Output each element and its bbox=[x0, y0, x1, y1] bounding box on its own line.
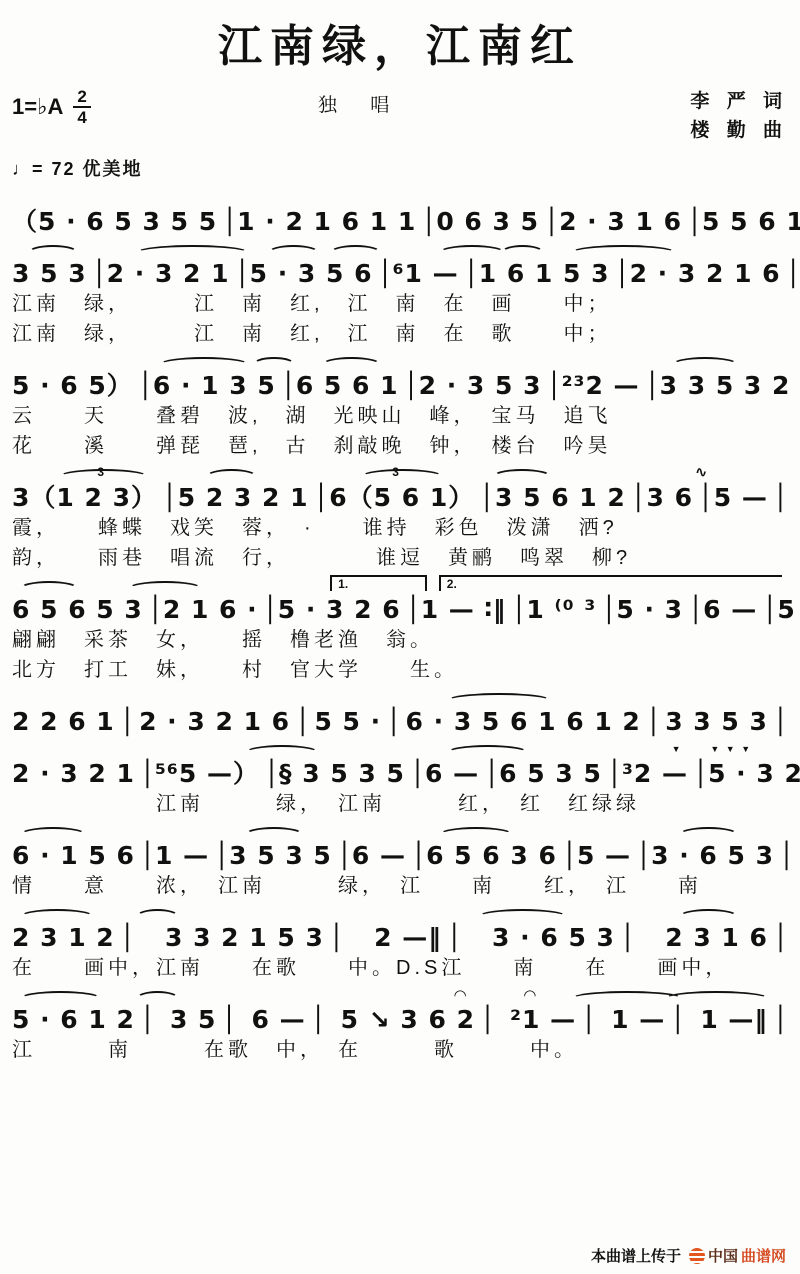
lyric-line: 江南 绿， 江 南 红, 江 南 在 画 中； bbox=[12, 291, 788, 318]
measure: 5 — bbox=[577, 842, 631, 870]
slur-arc bbox=[206, 469, 257, 484]
slur-arc bbox=[501, 245, 544, 260]
barline: │ bbox=[665, 1006, 685, 1034]
key-signature: 1=♭A 2 4 bbox=[12, 88, 91, 126]
barline: │ bbox=[602, 760, 622, 788]
slur-arc bbox=[439, 245, 505, 260]
upload-note: 本曲谱上传于 bbox=[591, 1245, 681, 1266]
measure-unit: 6 —│ bbox=[352, 842, 426, 870]
volta-label: 1. bbox=[338, 577, 348, 591]
measure: § 3 5 3 5 bbox=[279, 760, 405, 788]
measure: 5 · 3 2 1 bbox=[708, 760, 800, 788]
measure: 1 — bbox=[155, 842, 209, 870]
barline: │ bbox=[216, 1006, 236, 1034]
measure-unit: 3 3 2 1 5 3│ bbox=[165, 924, 344, 952]
measure-unit: 5 5 6 1│ bbox=[702, 208, 800, 236]
system-7: ▼▼ ▼ ▼2 · 3 2 1│⁵⁶5 —）│§ 3 5 3 5│6 —│6 5… bbox=[12, 743, 788, 818]
barline: │ bbox=[626, 484, 646, 512]
measure-unit: 5 · 3 2 6│ bbox=[278, 596, 421, 624]
barline: │ bbox=[135, 1006, 155, 1034]
accent-mark: ▼ bbox=[672, 744, 683, 754]
score: （5 · 6 5 3 5 5│1 · 2 1 6 1 1│0 6 3 5│2 ·… bbox=[12, 191, 788, 1064]
barline: │ bbox=[640, 372, 660, 400]
volta-bracket: 2. bbox=[439, 575, 782, 591]
barline: │ bbox=[381, 708, 401, 736]
accent-mark: ▼ ▼ ▼ bbox=[710, 744, 752, 754]
measure: 5 · 6 1 2 bbox=[12, 1006, 135, 1034]
measure: 6 5 6 5 3 bbox=[12, 596, 143, 624]
measure: 6 — bbox=[252, 1006, 306, 1034]
measure: 6 · 1 3 5 bbox=[153, 372, 276, 400]
barline: │ bbox=[373, 260, 393, 288]
measure: 6 · 3 5 6 1 6 1 2 bbox=[406, 708, 641, 736]
barline: │ bbox=[682, 208, 702, 236]
barline: │ bbox=[479, 760, 499, 788]
measure-unit: 3 5 6 1 2│ bbox=[495, 484, 646, 512]
song-title: 江南绿，江南红 bbox=[12, 10, 788, 74]
barline: │ bbox=[693, 484, 713, 512]
measure-unit: ⁶1 —│ bbox=[393, 260, 479, 288]
measure-unit: 2 2 6 1│ bbox=[12, 708, 135, 736]
measure: 1 6 1 5 3 bbox=[479, 260, 610, 288]
barline: │ bbox=[259, 760, 279, 788]
lyric-line: 在 画中，江南 在歌 中。D.S江 南 在 画中， bbox=[12, 955, 788, 982]
lyric-line: 情 意 浓， 江南 绿， 江 南 红， 江 南 bbox=[12, 873, 788, 900]
lyric-line: 江南 绿， 江 南 红, 江 南 在 歌 中； bbox=[12, 321, 788, 348]
measure-unit: 6 5 3 5│ bbox=[499, 760, 622, 788]
ornament-row bbox=[12, 243, 788, 260]
barline: │ bbox=[557, 842, 577, 870]
measure: 2 · 3 1 6 bbox=[559, 208, 682, 236]
slur-arc bbox=[361, 469, 443, 484]
volta-bracket: 1. bbox=[330, 575, 427, 591]
measure-unit: （5 · 6 5 3 5 5│ bbox=[12, 208, 237, 236]
measure: ²1 — bbox=[510, 1006, 576, 1034]
measure: 2 3 1 2 bbox=[12, 924, 115, 952]
barline: │ bbox=[768, 484, 788, 512]
system-5: 1.2.6 5 6 5 3│2 1 6 ·│5 · 3 2 6│1 — ∶‖│1… bbox=[12, 579, 788, 684]
barline: │ bbox=[475, 1006, 495, 1034]
ornament-row: 33∿ bbox=[12, 467, 788, 484]
credits: 李 严 词 楼 勤 曲 bbox=[690, 88, 788, 145]
lyric-line: 霞， 蜂蝶 戏笑 蓉， · 谁持 彩色 泼潇 洒? bbox=[12, 515, 788, 542]
barline: │ bbox=[610, 260, 630, 288]
barline: │ bbox=[416, 208, 436, 236]
measure-unit: 6 —│ bbox=[703, 596, 777, 624]
slur-arc bbox=[28, 245, 79, 260]
measure: 5 · 6 5） bbox=[12, 372, 133, 400]
measure-unit: 2 1 6 ·│ bbox=[163, 596, 278, 624]
measure-unit: 2 3 1 2│ bbox=[12, 924, 135, 952]
fermata-mark: ◠ bbox=[524, 986, 538, 1004]
slur-arc bbox=[159, 357, 248, 372]
barline: │ bbox=[230, 260, 250, 288]
measure-unit: 2 · 3 1 6│ bbox=[559, 208, 702, 236]
measure-unit: 6 5 6 1│ bbox=[296, 372, 419, 400]
measure-unit: 6 · 3 5 6 1 6 1 2│ bbox=[406, 708, 661, 736]
ornament-row: 1.2. bbox=[12, 579, 788, 596]
slur-arc bbox=[478, 909, 567, 924]
measure-unit: ⁵⁶5 —）│ bbox=[155, 760, 279, 788]
time-numerator: 2 bbox=[73, 88, 90, 108]
barline: │ bbox=[768, 1006, 788, 1034]
measure: ⁵⁶5 —） bbox=[155, 760, 259, 788]
time-denominator: 4 bbox=[73, 108, 90, 126]
measure: 1 · 2 1 6 1 1 bbox=[237, 208, 416, 236]
lyric-line: 花 溪 弹琵 琶, 古 刹敲晚 钟， 楼台 吟昊 bbox=[12, 433, 788, 460]
measure: 3 3 5 3 bbox=[665, 708, 768, 736]
slur-arc bbox=[253, 357, 296, 372]
measure-unit: 6 · 1 3 5│ bbox=[153, 372, 296, 400]
measure: 5 5 6 1 bbox=[702, 208, 800, 236]
key-text: 1=♭A bbox=[12, 94, 63, 120]
lyric-line: 翩翩 采茶 女， 摇 橹老渔 翁。 bbox=[12, 627, 788, 654]
system-1: （5 · 6 5 3 5 5│1 · 2 1 6 1 1│0 6 3 5│2 ·… bbox=[12, 191, 788, 236]
barline: │ bbox=[768, 708, 788, 736]
qupu-site-logo: 中国 曲谱网 bbox=[689, 1245, 786, 1266]
barline: │ bbox=[406, 842, 426, 870]
slur-arc bbox=[679, 909, 737, 924]
measure: 2 1 6 · bbox=[163, 596, 258, 624]
barline: │ bbox=[309, 484, 329, 512]
barline: │ bbox=[258, 596, 278, 624]
measure-unit: 5 ↘ 3 6 2│ bbox=[341, 1006, 495, 1034]
volta-label: 2. bbox=[447, 577, 457, 591]
notes-line: 6 5 6 5 3│2 1 6 ·│5 · 3 2 6│1 — ∶‖│1 ⁽⁰ … bbox=[12, 596, 788, 624]
measure-unit: 3 6│ bbox=[647, 484, 714, 512]
measure: 1 — ∶‖ bbox=[421, 596, 507, 624]
measure: 6 · 1 5 6 bbox=[12, 842, 135, 870]
measure-unit: 1 — ∶‖│ bbox=[421, 596, 527, 624]
measure-unit: 3 5 3 5│ bbox=[229, 842, 352, 870]
barline: │ bbox=[774, 842, 794, 870]
barline: │ bbox=[459, 260, 479, 288]
slur-arc bbox=[679, 827, 737, 842]
measure-unit: 2 · 3 2 1 6│ bbox=[630, 260, 800, 288]
triplet-mark: 3 bbox=[392, 465, 401, 479]
measure: 3 3 2 1 5 3 bbox=[165, 924, 324, 952]
notes-line: 5 · 6 5）│6 · 1 3 5│6 5 6 1│2 · 3 5 3│²³2… bbox=[12, 372, 788, 400]
measure-unit: 5 5 ·│ bbox=[314, 708, 401, 736]
measure-unit: 3 5│ bbox=[170, 1006, 237, 1034]
barline: │ bbox=[324, 924, 344, 952]
slur-arc bbox=[245, 827, 303, 842]
performance-type: 独 唱 bbox=[318, 88, 403, 117]
barline: │ bbox=[401, 596, 421, 624]
measure-unit: 3（1 2 3）│ bbox=[12, 484, 177, 512]
lyric-line: 韵， 雨巷 唱流 行， 谁逗 黄鹂 鸣翠 柳? bbox=[12, 545, 788, 572]
mordent-mark: ∿ bbox=[695, 463, 710, 481]
barline: │ bbox=[641, 708, 661, 736]
measure: 6 5 6 1 bbox=[296, 372, 399, 400]
measure-unit: 2 · 3 2 1 6│ bbox=[139, 708, 310, 736]
measure: 3 3 5 3 2 bbox=[660, 372, 791, 400]
measure: 6 5 3 5 bbox=[499, 760, 602, 788]
measure-unit: § 3 5 3 5│ bbox=[279, 760, 425, 788]
notes-line: 3 5 3│2 · 3 2 1│5 · 3 5 6│⁶1 —│1 6 1 5 3… bbox=[12, 260, 788, 288]
measure-unit: 5 · 3│ bbox=[616, 596, 703, 624]
barline: │ bbox=[217, 208, 237, 236]
measure: 5 · 3 2 6 bbox=[278, 596, 401, 624]
measure: 3 6 bbox=[647, 484, 694, 512]
measure: 3 · 6 5 3 bbox=[492, 924, 615, 952]
slur-arc bbox=[447, 745, 529, 760]
ornament-row: ◠◠ bbox=[12, 989, 788, 1006]
barline: │ bbox=[306, 1006, 326, 1034]
slur-arc bbox=[439, 827, 513, 842]
barline: │ bbox=[399, 372, 419, 400]
lyric-line: 北方 打工 妹， 村 官大学 生。 bbox=[12, 657, 788, 684]
barline: │ bbox=[596, 596, 616, 624]
tempo-marking: ♩= 72 优美地 bbox=[12, 155, 788, 181]
barline: │ bbox=[576, 1006, 596, 1034]
barline: │ bbox=[332, 842, 352, 870]
measure: 5 ↘ 3 6 2 bbox=[341, 1006, 475, 1034]
measure: 1 — bbox=[611, 1006, 665, 1034]
qupu-logo-icon bbox=[689, 1248, 705, 1264]
barline: │ bbox=[115, 924, 135, 952]
barline: │ bbox=[542, 372, 562, 400]
measure-unit: 2 3 1 6│ bbox=[665, 924, 788, 952]
measure-unit: 2 · 3 2 1│ bbox=[107, 260, 250, 288]
ornament-row bbox=[12, 355, 788, 372]
system-2: 3 5 3│2 · 3 2 1│5 · 3 5 6│⁶1 —│1 6 1 5 3… bbox=[12, 243, 788, 348]
measure-unit: 5 · 3 5 6│ bbox=[250, 260, 393, 288]
measure-unit: ²1 —│ bbox=[510, 1006, 596, 1034]
measure: 3 5 bbox=[170, 1006, 217, 1034]
measure: 2 3 1 6 bbox=[665, 924, 768, 952]
measure-unit: 3 · 6 5 3│ bbox=[492, 924, 635, 952]
slur-arc bbox=[672, 357, 738, 372]
barline: │ bbox=[115, 708, 135, 736]
barline: │ bbox=[143, 596, 163, 624]
slur-arc bbox=[571, 245, 676, 260]
time-signature: 2 4 bbox=[73, 88, 90, 126]
fermata-mark: ◠ bbox=[454, 986, 468, 1004]
barline: │ bbox=[276, 372, 296, 400]
measure: 3（1 2 3） bbox=[12, 484, 157, 512]
measure-unit: 6 5 6 5 3│ bbox=[12, 596, 163, 624]
measure-unit: 3 3 5 3 2│ bbox=[660, 372, 800, 400]
measure: 5 2 3 2 1 bbox=[178, 484, 309, 512]
measure: 6 — bbox=[425, 760, 479, 788]
qupu-logo-text-cn: 中国 bbox=[708, 1245, 738, 1266]
ornament-row: ▼▼ ▼ ▼ bbox=[12, 743, 788, 760]
measure-unit: 1 —‖│ bbox=[700, 1006, 788, 1034]
measure-unit: 2 · 3 5 3│ bbox=[419, 372, 562, 400]
triplet-mark: 3 bbox=[97, 465, 106, 479]
slur-arc bbox=[447, 693, 552, 708]
ornament-row bbox=[12, 907, 788, 924]
barline: │ bbox=[290, 708, 310, 736]
measure: 6 5 6 3 6 bbox=[426, 842, 557, 870]
sheet-music-page: 江南绿，江南红 1=♭A 2 4 独 唱 李 严 词 楼 勤 曲 ♩= 72 优… bbox=[0, 0, 800, 1274]
measure-unit: 6 · 1 5 6│ bbox=[12, 842, 155, 870]
measure-unit: 6 5 6 3 6│ bbox=[426, 842, 577, 870]
measure-unit: ²³2 —│ bbox=[562, 372, 660, 400]
ornament-row bbox=[12, 191, 788, 208]
notes-line: 2 2 6 1│2 · 3 2 1 6│5 5 ·│6 · 3 5 6 1 6 … bbox=[12, 708, 788, 736]
slur-arc bbox=[136, 245, 249, 260]
measure-unit: 5 · 6 5）│ bbox=[12, 372, 153, 400]
measure: 0 6 3 5 bbox=[436, 208, 539, 236]
measure: 6 — bbox=[703, 596, 757, 624]
system-3: 5 · 6 5）│6 · 1 3 5│6 5 6 1│2 · 3 5 3│²³2… bbox=[12, 355, 788, 460]
system-8: 6 · 1 5 6│1 —│3 5 3 5│6 —│6 5 6 3 6│5 —│… bbox=[12, 825, 788, 900]
barline: │ bbox=[790, 372, 800, 400]
measure-unit: 5 · 6 1 2│ bbox=[12, 1006, 155, 1034]
barline: │ bbox=[87, 260, 107, 288]
footer: 本曲谱上传于 中国 曲谱网 bbox=[591, 1245, 786, 1266]
measure-unit: 5 · 3 2 1│ bbox=[708, 760, 800, 788]
notes-line: 5 · 6 1 2│3 5│6 —│5 ↘ 3 6 2│²1 —│1 —│1 —… bbox=[12, 1006, 788, 1034]
barline: │ bbox=[135, 760, 155, 788]
ornament-row bbox=[12, 691, 788, 708]
slur-arc bbox=[493, 469, 551, 484]
slur-arc bbox=[330, 245, 381, 260]
measure-unit: 2 —‖│ bbox=[374, 924, 462, 952]
lyric-line: 江南 绿， 江南 红， 红 红绿绿 bbox=[12, 791, 788, 818]
barline: │ bbox=[157, 484, 177, 512]
measure-unit: 5 —│ bbox=[577, 842, 651, 870]
measure-unit: 1 —│ bbox=[155, 842, 229, 870]
barline: │ bbox=[768, 924, 788, 952]
slur-arc bbox=[128, 581, 202, 596]
measure: 2 · 3 2 1 6 bbox=[139, 708, 290, 736]
barline: │ bbox=[506, 596, 526, 624]
measure: 2 2 6 1 bbox=[12, 708, 115, 736]
system-6: 2 2 6 1│2 · 3 2 1 6│5 5 ·│6 · 3 5 6 1 6 … bbox=[12, 691, 788, 736]
measure: 3 · 6 5 3 bbox=[651, 842, 774, 870]
measure: 5 — bbox=[714, 484, 768, 512]
measure-unit: 5 2 3 2 1│ bbox=[178, 484, 329, 512]
measure: 5 · 3 5 6 bbox=[250, 260, 373, 288]
barline: │ bbox=[615, 924, 635, 952]
measure-unit: 5 —│ bbox=[714, 484, 788, 512]
measure: ³2 — bbox=[622, 760, 688, 788]
measure-unit: 1 ⁽⁰ ³│ bbox=[526, 596, 616, 624]
measure: 5 5 · bbox=[314, 708, 381, 736]
barline: │ bbox=[688, 760, 708, 788]
slur-arc bbox=[664, 991, 769, 1006]
slur-arc bbox=[322, 357, 380, 372]
ornament-row bbox=[12, 825, 788, 842]
measure-unit: 1 · 2 1 6 1 1│ bbox=[237, 208, 436, 236]
measure: 2 · 3 2 1 bbox=[107, 260, 230, 288]
slur-arc bbox=[20, 991, 102, 1006]
notes-line: 2 · 3 2 1│⁵⁶5 —）│§ 3 5 3 5│6 —│6 5 3 5│³… bbox=[12, 760, 788, 788]
measure: ²³2 — bbox=[562, 372, 640, 400]
barline: │ bbox=[474, 484, 494, 512]
measure: 3 5 3 bbox=[12, 260, 87, 288]
measure: 2 —‖ bbox=[374, 924, 442, 952]
slur-arc bbox=[20, 827, 86, 842]
measure: 5 · 3 bbox=[616, 596, 683, 624]
measure: 3 5 6 1 2 bbox=[495, 484, 626, 512]
measure-unit: 6 —│ bbox=[425, 760, 499, 788]
composer: 楼 勤 曲 bbox=[690, 117, 788, 146]
system-4: 33∿3（1 2 3）│5 2 3 2 1│6（5 6 1）│3 5 6 1 2… bbox=[12, 467, 788, 572]
slur-arc bbox=[136, 991, 179, 1006]
notes-line: 2 3 1 2│3 3 2 1 5 3│2 —‖│3 · 6 5 3│2 3 1… bbox=[12, 924, 788, 952]
slur-arc bbox=[20, 581, 78, 596]
measure: 5 · 6 5 3 bbox=[777, 596, 800, 624]
measure: 6（5 6 1） bbox=[329, 484, 474, 512]
measure-unit: 3 · 6 5 3│ bbox=[651, 842, 794, 870]
barline: │ bbox=[133, 372, 153, 400]
barline: │ bbox=[781, 260, 800, 288]
barline: │ bbox=[442, 924, 462, 952]
slur-arc bbox=[245, 745, 319, 760]
slur-arc bbox=[136, 909, 179, 924]
measure: 1 —‖ bbox=[700, 1006, 768, 1034]
barline: │ bbox=[539, 208, 559, 236]
slur-arc bbox=[268, 245, 319, 260]
barline: │ bbox=[757, 596, 777, 624]
barline: │ bbox=[135, 842, 155, 870]
measure: 2 · 3 2 1 6 bbox=[630, 260, 781, 288]
notes-line: 6 · 1 5 6│1 —│3 5 3 5│6 —│6 5 6 3 6│5 —│… bbox=[12, 842, 788, 870]
measure-unit: 2 · 3 2 1│ bbox=[12, 760, 155, 788]
measure-unit: 3 3 5 3│ bbox=[665, 708, 788, 736]
measure: 2 · 3 5 3 bbox=[419, 372, 542, 400]
meta-row: 1=♭A 2 4 独 唱 李 严 词 楼 勤 曲 bbox=[12, 88, 788, 145]
measure: 3 5 3 5 bbox=[229, 842, 332, 870]
measure-unit: 3 5 3│ bbox=[12, 260, 107, 288]
barline: │ bbox=[405, 760, 425, 788]
lyricist: 李 严 词 bbox=[690, 88, 788, 117]
measure-unit: 1 —│ bbox=[611, 1006, 685, 1034]
notes-line: 3（1 2 3）│5 2 3 2 1│6（5 6 1）│3 5 6 1 2│3 … bbox=[12, 484, 788, 512]
slur-arc bbox=[20, 909, 94, 924]
measure: ⁶1 — bbox=[393, 260, 459, 288]
lyric-line: 江 南 在歌 中， 在 歌 中。 bbox=[12, 1037, 788, 1064]
lyric-line: 云 天 叠碧 波, 湖 光映山 峰， 宝马 追飞 bbox=[12, 403, 788, 430]
measure: （5 · 6 5 3 5 5 bbox=[12, 208, 217, 236]
measure-unit: 5 · 6 5 3│ bbox=[777, 596, 800, 624]
measure: 2 · 3 2 1 bbox=[12, 760, 135, 788]
barline: │ bbox=[631, 842, 651, 870]
measure-unit: 6 —│ bbox=[252, 1006, 326, 1034]
measure-unit: ³2 —│ bbox=[622, 760, 708, 788]
qupu-logo-text-site: 曲谱网 bbox=[741, 1245, 786, 1266]
measure: 6 — bbox=[352, 842, 406, 870]
measure-unit: 6（5 6 1）│ bbox=[329, 484, 494, 512]
system-9: 2 3 1 2│3 3 2 1 5 3│2 —‖│3 · 6 5 3│2 3 1… bbox=[12, 907, 788, 982]
measure: 1 ⁽⁰ ³ bbox=[526, 596, 596, 624]
notes-line: （5 · 6 5 3 5 5│1 · 2 1 6 1 1│0 6 3 5│2 ·… bbox=[12, 208, 788, 236]
measure-unit: 1 6 1 5 3│ bbox=[479, 260, 630, 288]
barline: │ bbox=[683, 596, 703, 624]
barline: │ bbox=[209, 842, 229, 870]
system-10: ◠◠5 · 6 1 2│3 5│6 —│5 ↘ 3 6 2│²1 —│1 —│1… bbox=[12, 989, 788, 1064]
measure-unit: 0 6 3 5│ bbox=[436, 208, 559, 236]
